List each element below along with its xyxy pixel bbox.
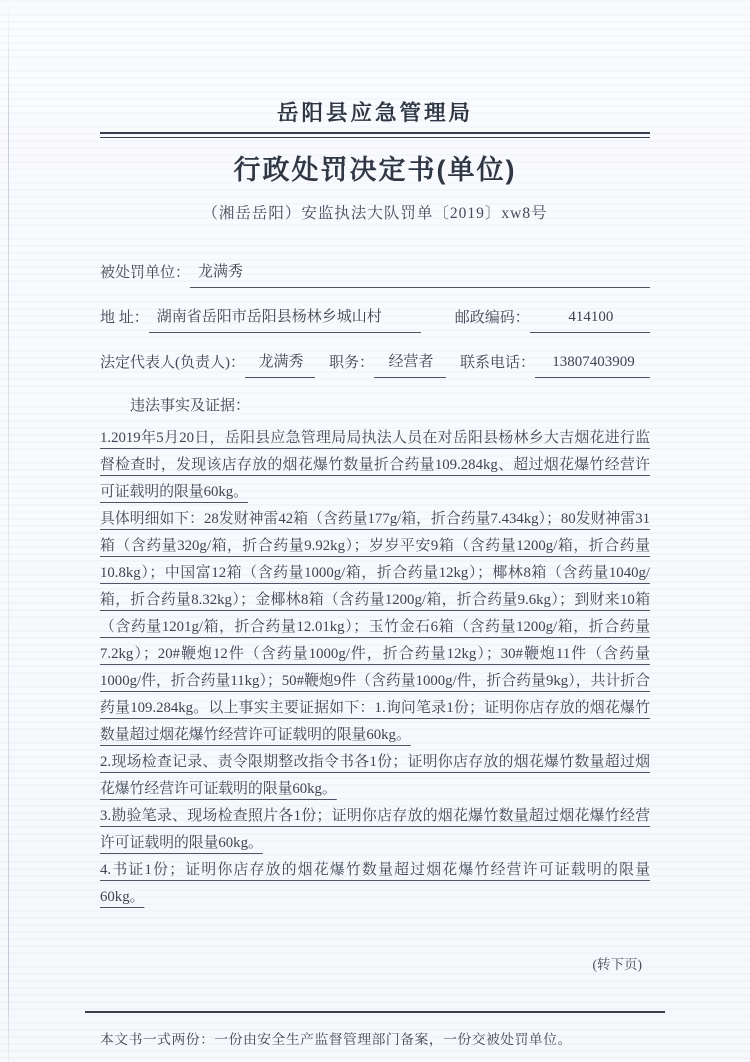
facts-paragraphs: 1.2019年5月20日，岳阳县应急管理局局执法人员在对岳阳县杨林乡大吉烟花进行… [100,425,650,911]
legal-representative-row: 法定代表人(负责人)： 龙满秀 职务： 经营者 联系电话： 1380740390… [100,333,650,378]
evidence-paragraph-2: 2.现场检查记录、责令限期整改指令书各1份；证明你店存放的烟花爆竹数量超过烟花爆… [100,749,650,803]
phone-label: 联系电话： [460,351,535,378]
copies-distribution-note: 本文书一式两份：一份由安全生产监督管理部门备案，一份交被处罚单位。 [100,1028,650,1048]
punished-unit-label: 被处罚单位： [100,261,190,288]
document-title: 行政处罚决定书(单位) [100,148,650,187]
legal-rep-value: 龙满秀 [245,350,315,378]
address-value: 湖南省岳阳市岳阳县杨林乡城山村 [149,305,421,333]
continued-next-page-note: (转下页) [100,953,650,973]
punished-unit-value: 龙满秀 [190,260,650,288]
evidence-paragraph-4: 4.书证1份；证明你店存放的烟花爆竹数量超过烟花爆竹经营许可证载明的限量60kg… [100,857,650,911]
fact-paragraph-2-detail-list: 具体明细如下：28发财神雷42箱（含药量177g/箱，折合药量7.434kg）；… [100,506,650,749]
scanned-document-page: 岳阳县应急管理局 行政处罚决定书(单位) （湘岳岳阳）安监执法大队罚单〔2019… [0,0,750,1062]
position-value: 经营者 [374,350,446,378]
position-label: 职务： [329,351,374,378]
document-number: （湘岳岳阳）安监执法大队罚单〔2019〕xw8号 [100,201,650,223]
evidence-paragraph-3: 3.勘验笔录、现场检查照片各1份；证明你店存放的烟花爆竹数量超过烟花爆竹经营许可… [100,803,650,857]
scan-edge-artifact [8,0,9,1062]
recipient-info-form: 被处罚单位： 龙满秀 地 址： 湖南省岳阳市岳阳县杨林乡城山村 邮政编码： 41… [100,243,650,378]
postcode-label: 邮政编码： [455,306,530,333]
phone-value: 13807403909 [535,354,650,378]
address-row: 地 址： 湖南省岳阳市岳阳县杨林乡城山村 邮政编码： 414100 [100,288,650,333]
address-label: 地 址： [100,306,149,333]
document-header: 岳阳县应急管理局 行政处罚决定书(单位) （湘岳岳阳）安监执法大队罚单〔2019… [100,96,650,223]
title-divider-rule [100,132,650,138]
fact-paragraph-1: 1.2019年5月20日，岳阳县应急管理局局执法人员在对岳阳县杨林乡大吉烟花进行… [100,425,650,506]
facts-section-heading: 违法事实及证据： [100,394,650,415]
punished-unit-row: 被处罚单位： 龙满秀 [100,243,650,288]
postcode-value: 414100 [530,309,650,333]
legal-rep-label: 法定代表人(负责人)： [100,351,245,378]
footer-divider-rule [85,1011,665,1013]
facts-and-evidence-section: 违法事实及证据： 1.2019年5月20日，岳阳县应急管理局局执法人员在对岳阳县… [100,394,650,911]
agency-title: 岳阳县应急管理局 [100,96,650,127]
